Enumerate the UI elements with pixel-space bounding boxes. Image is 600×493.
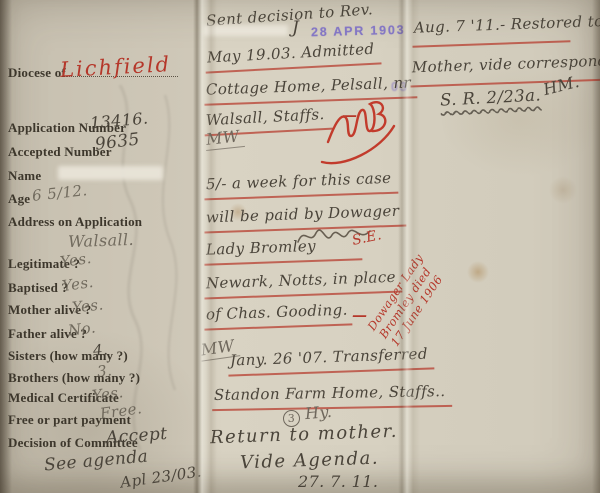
form-value: Accept: [105, 424, 168, 448]
red-ink-monogram: [318, 96, 398, 168]
diocese-label: Diocese of: [8, 65, 66, 80]
date-received-stamp: 28 APR 1903: [311, 23, 406, 39]
payment-note-line: of Chas. Gooding.: [204, 300, 353, 330]
redacted-name: [58, 166, 163, 180]
form-value: 4.: [92, 340, 109, 359]
recipient-initial: J: [292, 18, 299, 38]
form-label: Address on Application: [8, 214, 142, 230]
restored-note-line: Aug. 7 '11.- Restored to: [412, 13, 571, 47]
page-left-edge: [0, 0, 12, 493]
form-label: Baptised ?: [8, 280, 68, 296]
red-dash: —: [352, 306, 367, 324]
form-value: Walsall.: [68, 230, 135, 251]
form-value: No.: [67, 318, 97, 339]
fold-crease-left: [193, 0, 217, 493]
initials-hy: Hy.: [304, 402, 333, 423]
form-label: Name: [8, 168, 41, 184]
scanned-case-file: Diocese of Lichfield Application Number …: [0, 0, 600, 493]
form-value: Yes.: [71, 295, 104, 316]
closing-date: 27. 7. 11.: [298, 472, 378, 491]
page-right-edge: [592, 0, 600, 493]
fold-crease-right: [398, 0, 420, 493]
form-value: 3.: [96, 361, 113, 380]
